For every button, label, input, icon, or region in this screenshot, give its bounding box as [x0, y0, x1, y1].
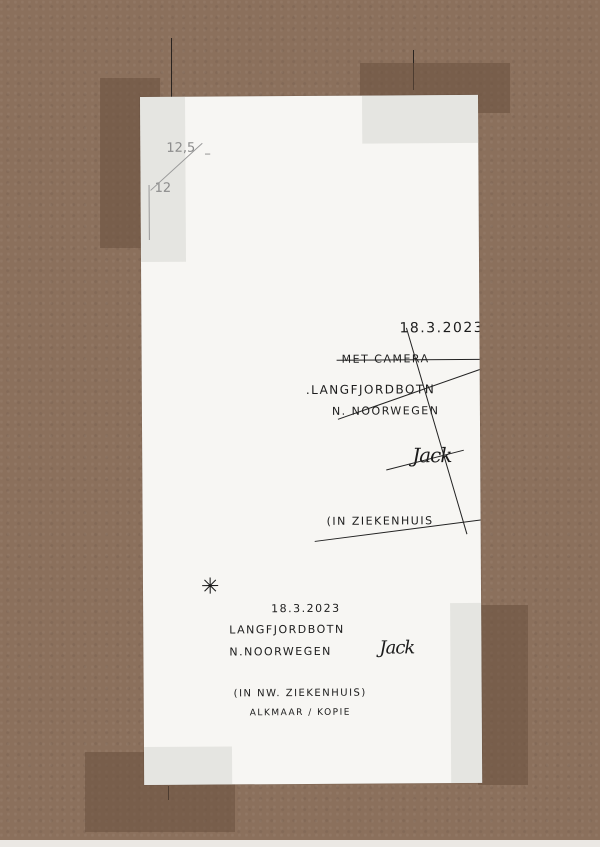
tape-top-right-over-paper — [362, 95, 478, 144]
upper-date: 18.3.2023 — [399, 320, 482, 337]
upper-place: .LANGFJORDBOTN — [306, 382, 436, 397]
lower-signature: Jack — [379, 637, 414, 658]
lower-region: N.NOORWEGEN — [229, 645, 332, 659]
pencil-note-dash: – — [204, 147, 211, 162]
tape-bottom-left-over-paper — [144, 746, 232, 785]
tape-bottom-right-over-paper — [450, 603, 482, 783]
lower-place: LANGFJORDBOTN — [229, 623, 345, 637]
paper-card: 12,5 – 12 18.3.2023 MET CAMERA .LANGFJOR… — [140, 95, 482, 785]
alignment-mark-left — [171, 38, 172, 98]
scan-edge — [0, 840, 600, 847]
lower-note-line1: (IN NW. ZIEKENHUIS) — [234, 688, 367, 700]
lower-date: 18.3.2023 — [271, 602, 341, 615]
star-mark: ✳ — [201, 575, 221, 600]
upper-struck-note: (IN ZIEKENHUIS — [327, 514, 434, 528]
lower-note-line2: ALKMAAR / KOPIE — [250, 708, 351, 719]
tape-bottom-right — [478, 605, 528, 785]
